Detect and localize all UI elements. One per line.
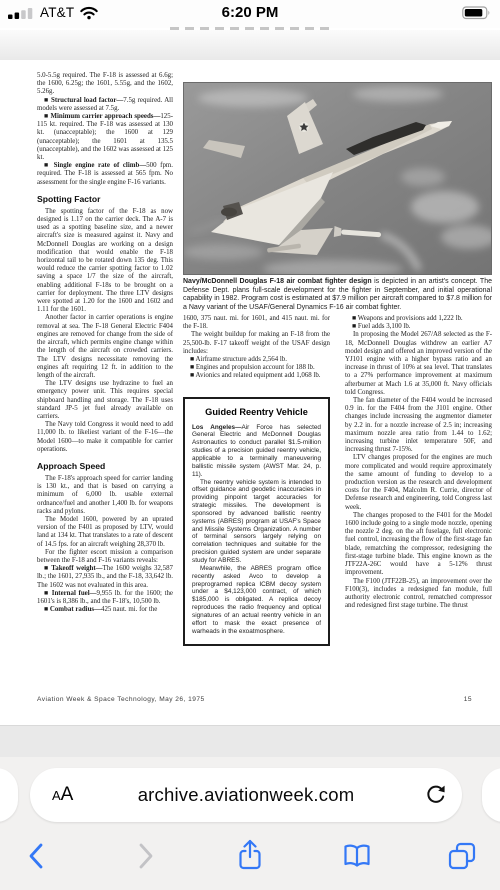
box-title: Guided Reentry Vehicle xyxy=(192,407,321,418)
article-paragraph: The weight buildup for making an F-18 fr… xyxy=(183,331,330,356)
bullet-lead: ■ Combat radius— xyxy=(44,606,101,613)
section-heading-approach-speed: Approach Speed xyxy=(37,461,173,471)
forward-icon[interactable] xyxy=(133,841,157,871)
article-paragraph: For the fighter escort mission a compari… xyxy=(37,549,173,565)
article-bullet: ■ Combat radius—425 naut. mi. for the xyxy=(37,606,173,614)
previous-tab-stub[interactable] xyxy=(0,768,18,822)
bookmarks-icon[interactable] xyxy=(340,839,374,873)
article-bullet: ■ Weapons and provisions add 1,222 lb. xyxy=(345,315,492,323)
box-paragraph: Los Angeles—Air Force has selected Gener… xyxy=(192,424,321,479)
article-bullet: ■ Takeoff weight—The 1600 weighs 32,587 … xyxy=(37,565,173,590)
browser-top-band xyxy=(0,30,500,61)
f18-artist-concept-photo xyxy=(183,82,492,275)
bullet-lead: ■ Minimum carrier approach speeds— xyxy=(44,113,160,120)
article-bullet: ■ Minimum carrier approach speeds—125-11… xyxy=(37,113,173,162)
guided-reentry-vehicle-box: Guided Reentry Vehicle Los Angeles—Air F… xyxy=(183,397,330,647)
safari-bottom-chrome: AA archive.aviationweek.com xyxy=(0,757,500,890)
time-label: 6:20 PM xyxy=(0,4,500,21)
article-bullet: ■ Engines and propulsion account for 188… xyxy=(183,364,330,372)
caption-lead: Navy/McDonnell Douglas F-18 air combat f… xyxy=(183,278,372,285)
dateline: Los Angeles— xyxy=(192,424,241,431)
article-paragraph: The LTV designs use hydrazine to fuel an… xyxy=(37,380,173,421)
article-bullet: ■ Internal fuel—9,955 lb. for the 1600; … xyxy=(37,590,173,606)
article-column-1: 5.0-5.5g required. The F-18 is assessed … xyxy=(37,72,173,696)
section-heading-spotting-factor: Spotting Factor xyxy=(37,194,173,204)
battery-icon xyxy=(462,6,492,20)
article-paragraph: 1600, 375 naut. mi. for 1601, and 415 na… xyxy=(183,315,330,331)
reload-icon[interactable] xyxy=(424,783,448,807)
article-bullet: ■ Structural load factor—7.5g required. … xyxy=(37,97,173,113)
article-bullet: ■ Avionics and related equipment add 1,0… xyxy=(183,372,330,380)
box-paragraph: The reentry vehicle system is intended t… xyxy=(192,479,321,565)
next-tab-stub[interactable] xyxy=(482,768,500,822)
box-paragraph: Meanwhile, the ABRES program office rece… xyxy=(192,565,321,636)
article-paragraph: LTV changes proposed for the engines are… xyxy=(345,454,492,511)
article-paragraph: The spotting factor of the F-18 as now d… xyxy=(37,208,173,315)
page-number: 15 xyxy=(464,696,472,704)
article-paragraph: The Model 1600, powered by an uprated ve… xyxy=(37,516,173,549)
magazine-page: 5.0-5.5g required. The F-18 is assessed … xyxy=(0,60,500,725)
article-column-2: 1600, 375 naut. mi. for 1601, and 415 na… xyxy=(183,315,330,646)
journal-date-label: Aviation Week & Space Technology, May 26… xyxy=(37,696,205,704)
magazine-footer: Aviation Week & Space Technology, May 26… xyxy=(37,696,472,704)
iphone-safari-screen: AT&T 6:20 PM 5.0-5.5g required. The F-18… xyxy=(0,0,500,890)
url-label[interactable]: archive.aviationweek.com xyxy=(30,768,462,822)
article-paragraph: The fan diameter of the F404 would be in… xyxy=(345,397,492,454)
article-column-3: ■ Weapons and provisions add 1,222 lb. ■… xyxy=(345,315,492,703)
article-paragraph: The F100 (JTF22B-25), an improvement ove… xyxy=(345,578,492,611)
photo-caption: Navy/McDonnell Douglas F-18 air combat f… xyxy=(183,278,492,313)
box-text: Air Force has selected General Electric … xyxy=(192,424,321,478)
bullet-lead: ■ Structural load factor— xyxy=(44,97,123,104)
page-bottom-band xyxy=(0,725,500,758)
article-paragraph: The Navy told Congress it would need to … xyxy=(37,421,173,454)
bullet-text: 125-115 kt. required. The F-18 was asses… xyxy=(37,113,173,161)
article-paragraph: 5.0-5.5g required. The F-18 is assessed … xyxy=(37,72,173,97)
tabs-icon[interactable] xyxy=(445,839,479,873)
bullet-lead: ■ Internal fuel— xyxy=(44,590,97,597)
bullet-lead: ■ Single engine rate of climb— xyxy=(44,162,146,169)
article-paragraph: The changes proposed to the F401 for the… xyxy=(345,512,492,578)
article-bullet: ■ Fuel adds 3,100 lb. xyxy=(345,323,492,331)
article-paragraph: In proposing the Model 267/A8 selected a… xyxy=(345,331,492,397)
status-bar: AT&T 6:20 PM xyxy=(0,0,500,28)
address-bar[interactable]: AA archive.aviationweek.com xyxy=(30,768,462,822)
article-paragraph: The F-18's approach speed for carrier la… xyxy=(37,475,173,516)
article-paragraph: Another factor in carrier operations is … xyxy=(37,314,173,380)
back-icon[interactable] xyxy=(25,841,49,871)
bullet-lead: ■ Takeoff weight— xyxy=(44,565,103,572)
share-icon[interactable] xyxy=(233,837,267,873)
article-bullet: ■ Airframe structure adds 2,564 lb. xyxy=(183,356,330,364)
bullet-text: 425 naut. mi. for the xyxy=(101,606,157,613)
article-bullet: ■ Single engine rate of climb—500 fpm. r… xyxy=(37,162,173,187)
